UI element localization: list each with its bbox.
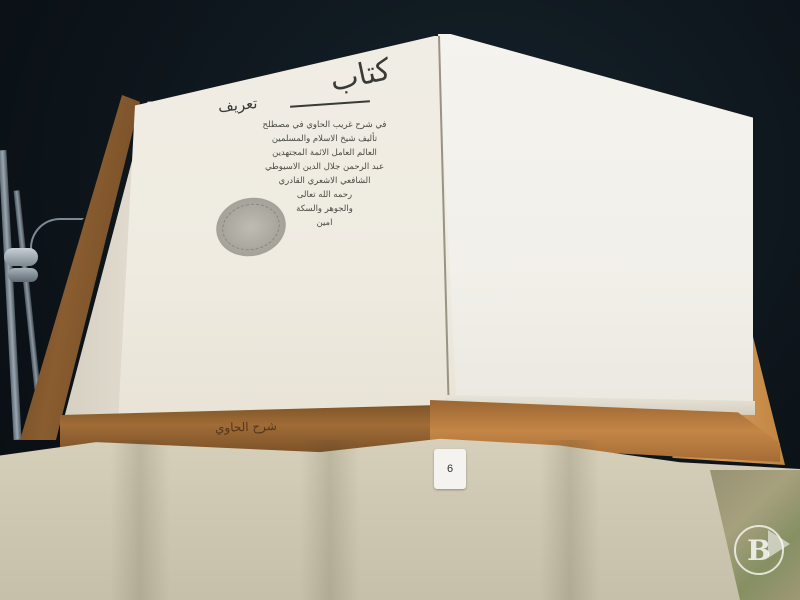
text-line: عبد الرحمن جلال الدين الاسيوطي xyxy=(222,160,427,174)
cloth-fold xyxy=(110,440,170,600)
museum-photo-scene: كتاب تعريف في شرح غريب الحاوي في مصطلح ت… xyxy=(0,0,800,600)
exhibit-number-label: 6 xyxy=(434,449,466,489)
cloth-fold xyxy=(300,440,360,600)
text-line: الشافعي الاشعري القادري xyxy=(222,174,427,188)
text-line: تأليف شيخ الاسلام والمسلمين xyxy=(222,132,427,146)
stand-clamp-lower xyxy=(8,268,38,282)
stand-pole-secondary xyxy=(14,190,41,390)
text-line: العالم العامل الائمة المجتهدين xyxy=(222,146,427,160)
spine-inscription: شرح الحاوي xyxy=(215,419,277,435)
watermark-logo: B xyxy=(734,525,784,575)
text-line: في شرح غريب الحاوي في مصطلح xyxy=(222,118,427,132)
cloth-fold xyxy=(540,440,600,600)
stand-clamp xyxy=(4,248,38,266)
